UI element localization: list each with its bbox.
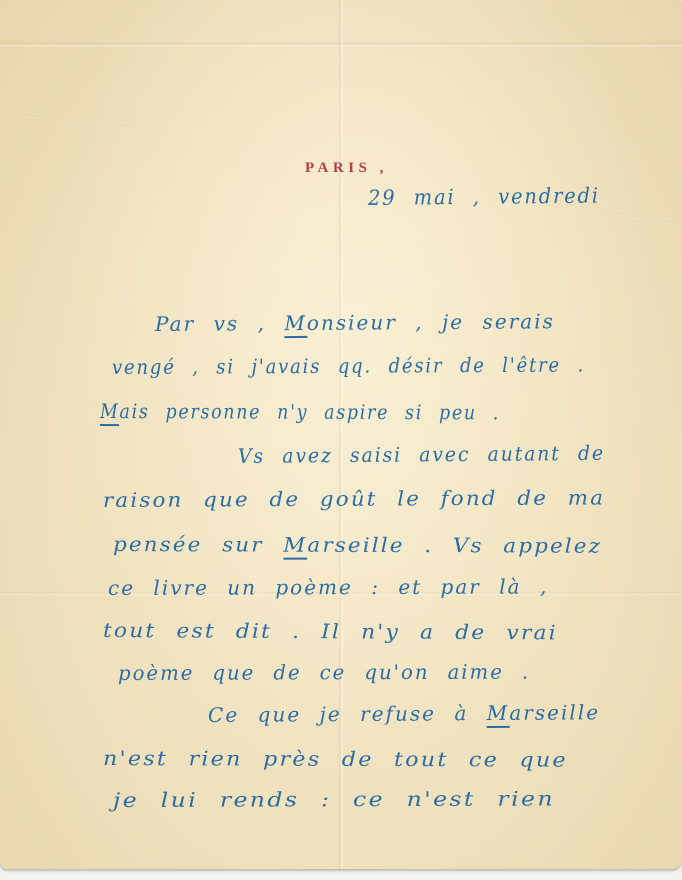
letter-line: pensée sur Marseille . Vs appelez xyxy=(113,532,602,558)
date-line: 29 mai , vendredi xyxy=(368,184,600,210)
letter-line: Mais personne n'y aspire si peu . xyxy=(100,399,500,424)
letter-paper: PARIS , 29 mai , vendredi Par vs , Monsi… xyxy=(0,0,682,869)
letter-line: poème que de ce qu'on aime . xyxy=(118,660,530,685)
letter-line: Ce que je refuse à Marseille xyxy=(208,700,600,727)
wrinkle-top-right xyxy=(526,122,682,180)
letterhead-paris: PARIS , xyxy=(305,160,388,177)
letter-line: tout est dit . Il n'y a de vrai xyxy=(103,618,558,644)
letter-line: ce livre un poème : et par là , xyxy=(108,574,548,600)
letter-line: n'est rien près de tout ce que xyxy=(103,746,568,772)
fold-crease-vertical xyxy=(338,0,344,869)
wrinkle-top-left xyxy=(0,110,135,129)
underlined-initial: M xyxy=(100,399,120,426)
letter-line: Par vs , Monsieur , je serais xyxy=(155,309,555,336)
letter-line: je lui rends : ce n'est rien xyxy=(113,786,555,812)
letter-line: raison que de goût le fond de ma xyxy=(103,485,605,512)
letter-line: vengé , si j'avais qq. désir de l'être . xyxy=(112,353,585,379)
underlined-initial: M xyxy=(487,701,510,728)
wrinkle-right xyxy=(573,205,682,229)
underlined-initial: M xyxy=(284,311,307,338)
letter-scan: PARIS , 29 mai , vendredi Par vs , Monsi… xyxy=(0,0,682,880)
fold-crease-top xyxy=(0,42,682,47)
underlined-initial: M xyxy=(283,533,307,560)
letter-line: Vs avez saisi avec autant de xyxy=(238,441,605,468)
